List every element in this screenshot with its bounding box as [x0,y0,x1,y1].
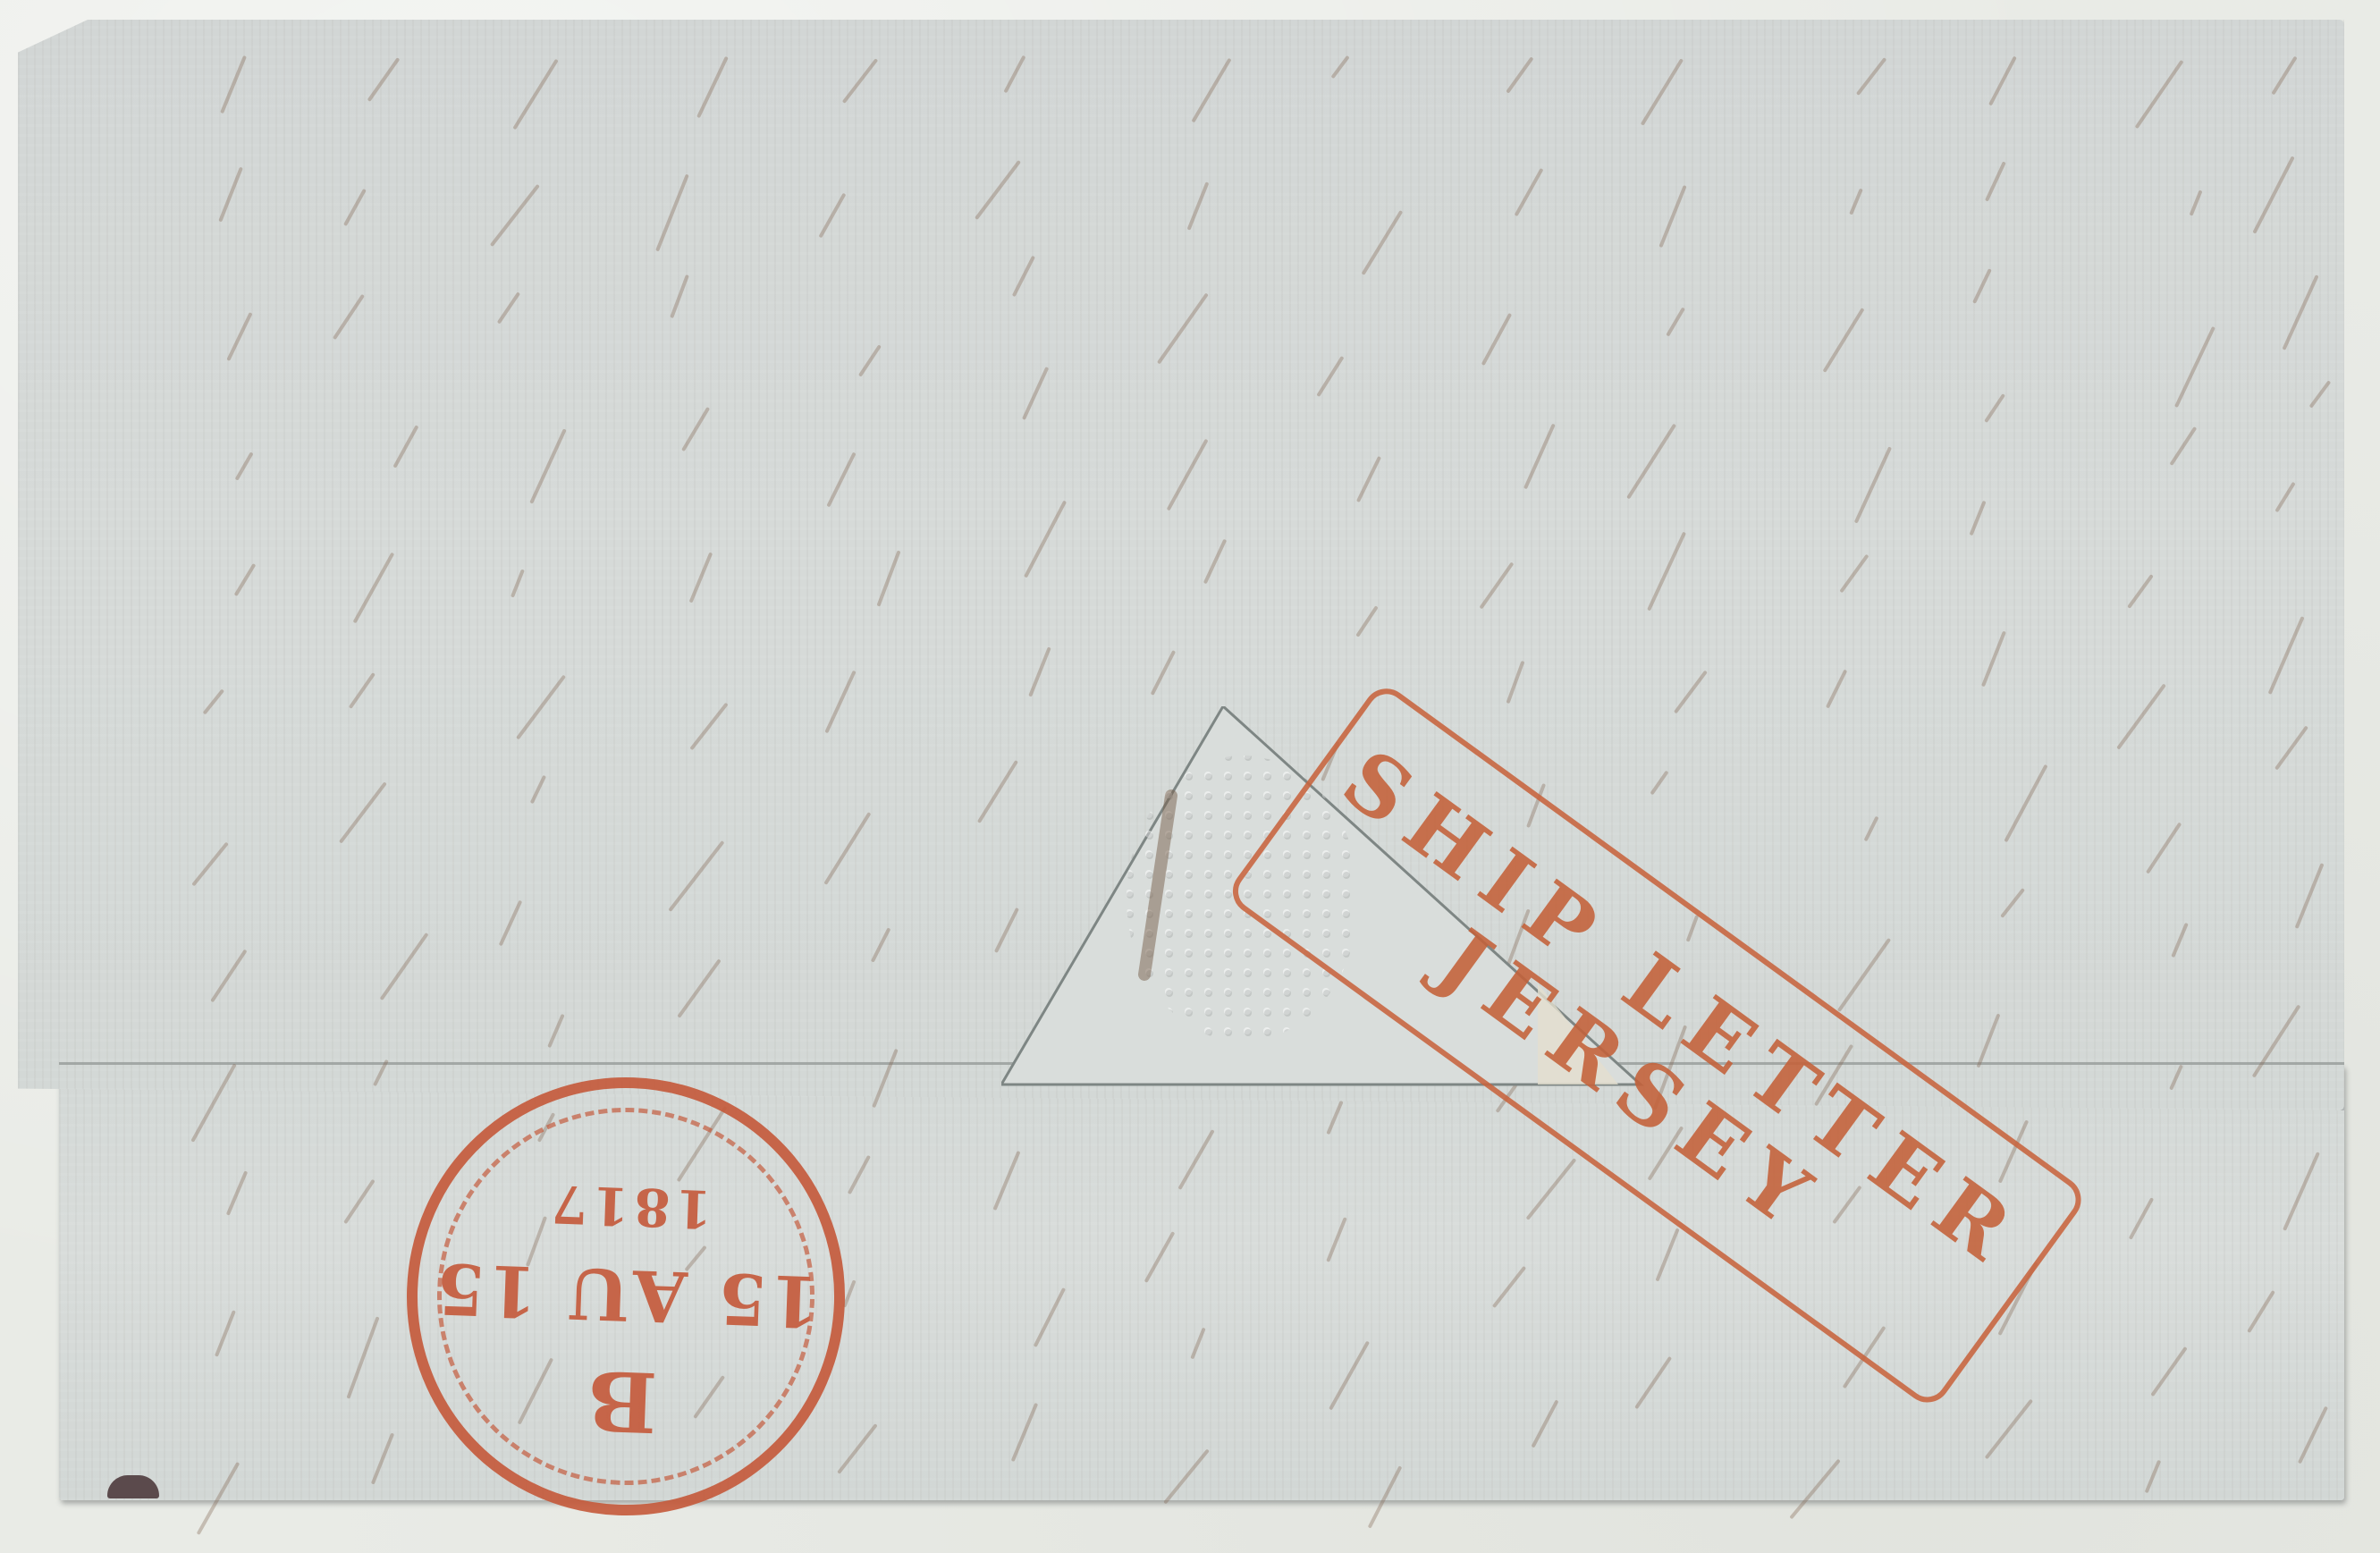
datestamp-letter: B [412,1346,831,1456]
datestamp-date: 15 AU 15 [417,1246,836,1342]
